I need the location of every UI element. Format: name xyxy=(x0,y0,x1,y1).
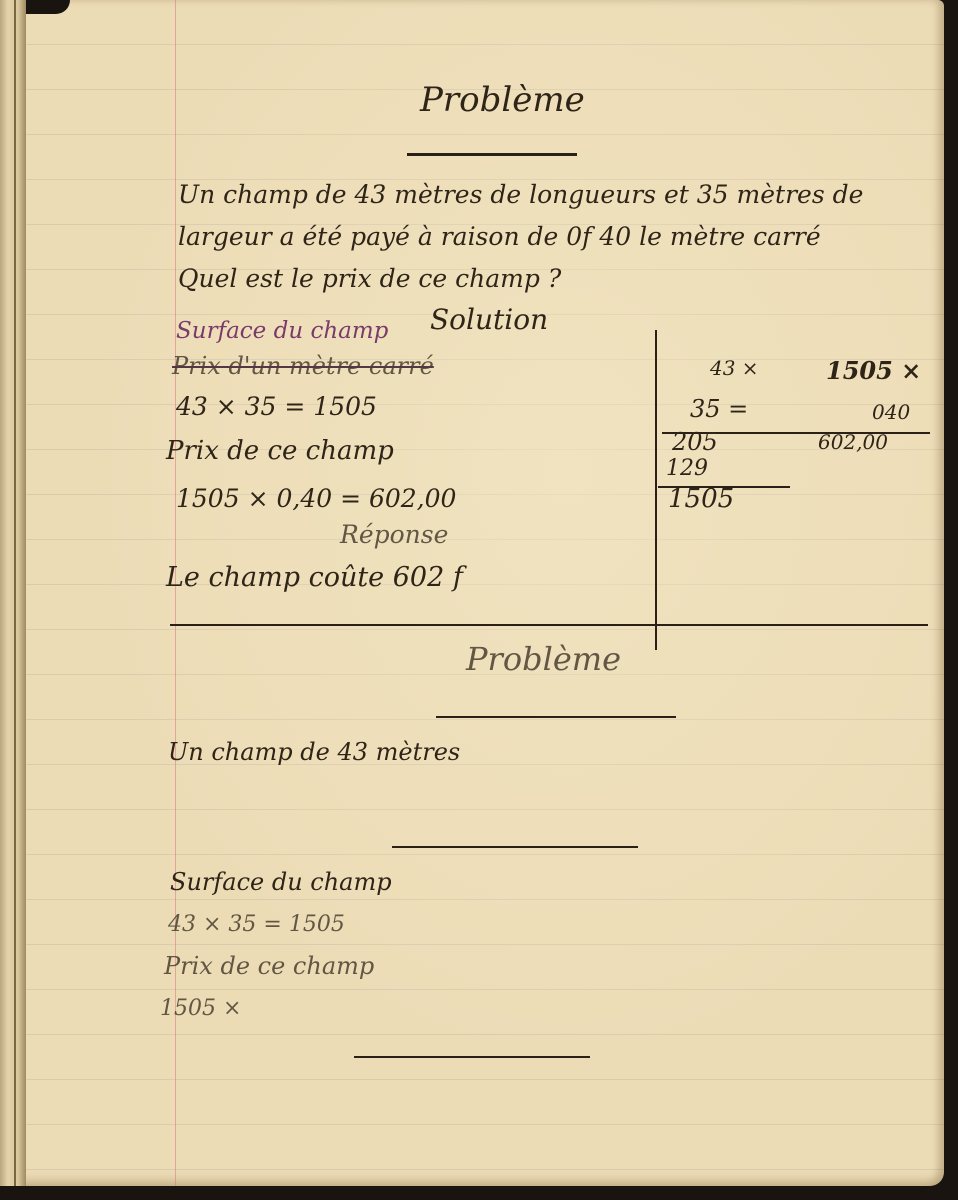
bottom-underline xyxy=(354,1056,590,1058)
mult2-b: 040 xyxy=(872,400,910,424)
calc-area: 43 × 35 = 1505 xyxy=(176,392,377,421)
problem-separator xyxy=(170,624,928,626)
calc-area-2: 43 × 35 = 1505 xyxy=(168,912,345,937)
statement-2-underline xyxy=(392,846,638,848)
statement-line-1: Un champ de 43 mètres de longueurs et 35… xyxy=(178,180,863,209)
title-underline xyxy=(407,153,577,156)
binding-stitch xyxy=(14,0,16,1186)
mult1-result: 1505 xyxy=(668,484,734,514)
problem-2-statement: Un champ de 43 mètres xyxy=(168,738,460,766)
solution-heading: Solution xyxy=(430,303,548,336)
surface-label: Surface du champ xyxy=(176,318,388,344)
mult1-partial-1: 205 xyxy=(672,428,718,456)
statement-line-2: largeur a été payé à raison de 0f 40 le … xyxy=(178,222,821,251)
work-divider xyxy=(655,330,657,650)
answer-heading: Réponse xyxy=(340,520,448,549)
mult1-a: 43 × xyxy=(710,356,759,380)
problem-1-title: Problème xyxy=(420,80,585,120)
answer-text: Le champ coûte 602 f xyxy=(166,562,463,593)
notebook-binding xyxy=(0,0,26,1186)
calc-price: 1505 × 0,40 = 602,00 xyxy=(176,484,456,513)
price-label-2: Prix de ce champ xyxy=(164,952,374,980)
mult2-a: 1505 × xyxy=(826,356,921,385)
price-label: Prix de ce champ xyxy=(166,436,394,466)
struck-line: Prix d'un mètre carré xyxy=(172,352,434,380)
calc-price-2: 1505 × xyxy=(160,996,241,1021)
mult1-b: 35 = xyxy=(690,395,748,423)
problem-2-title: Problème xyxy=(466,640,621,678)
title-2-underline xyxy=(436,716,676,718)
notebook-page: Problème Un champ de 43 mètres de longue… xyxy=(0,0,944,1186)
statement-line-3: Quel est le prix de ce champ ? xyxy=(178,264,561,293)
surface-label-2: Surface du champ xyxy=(170,868,392,896)
mult1-partial-2: 129 xyxy=(666,456,708,481)
mult2-result: 602,00 xyxy=(818,430,888,454)
